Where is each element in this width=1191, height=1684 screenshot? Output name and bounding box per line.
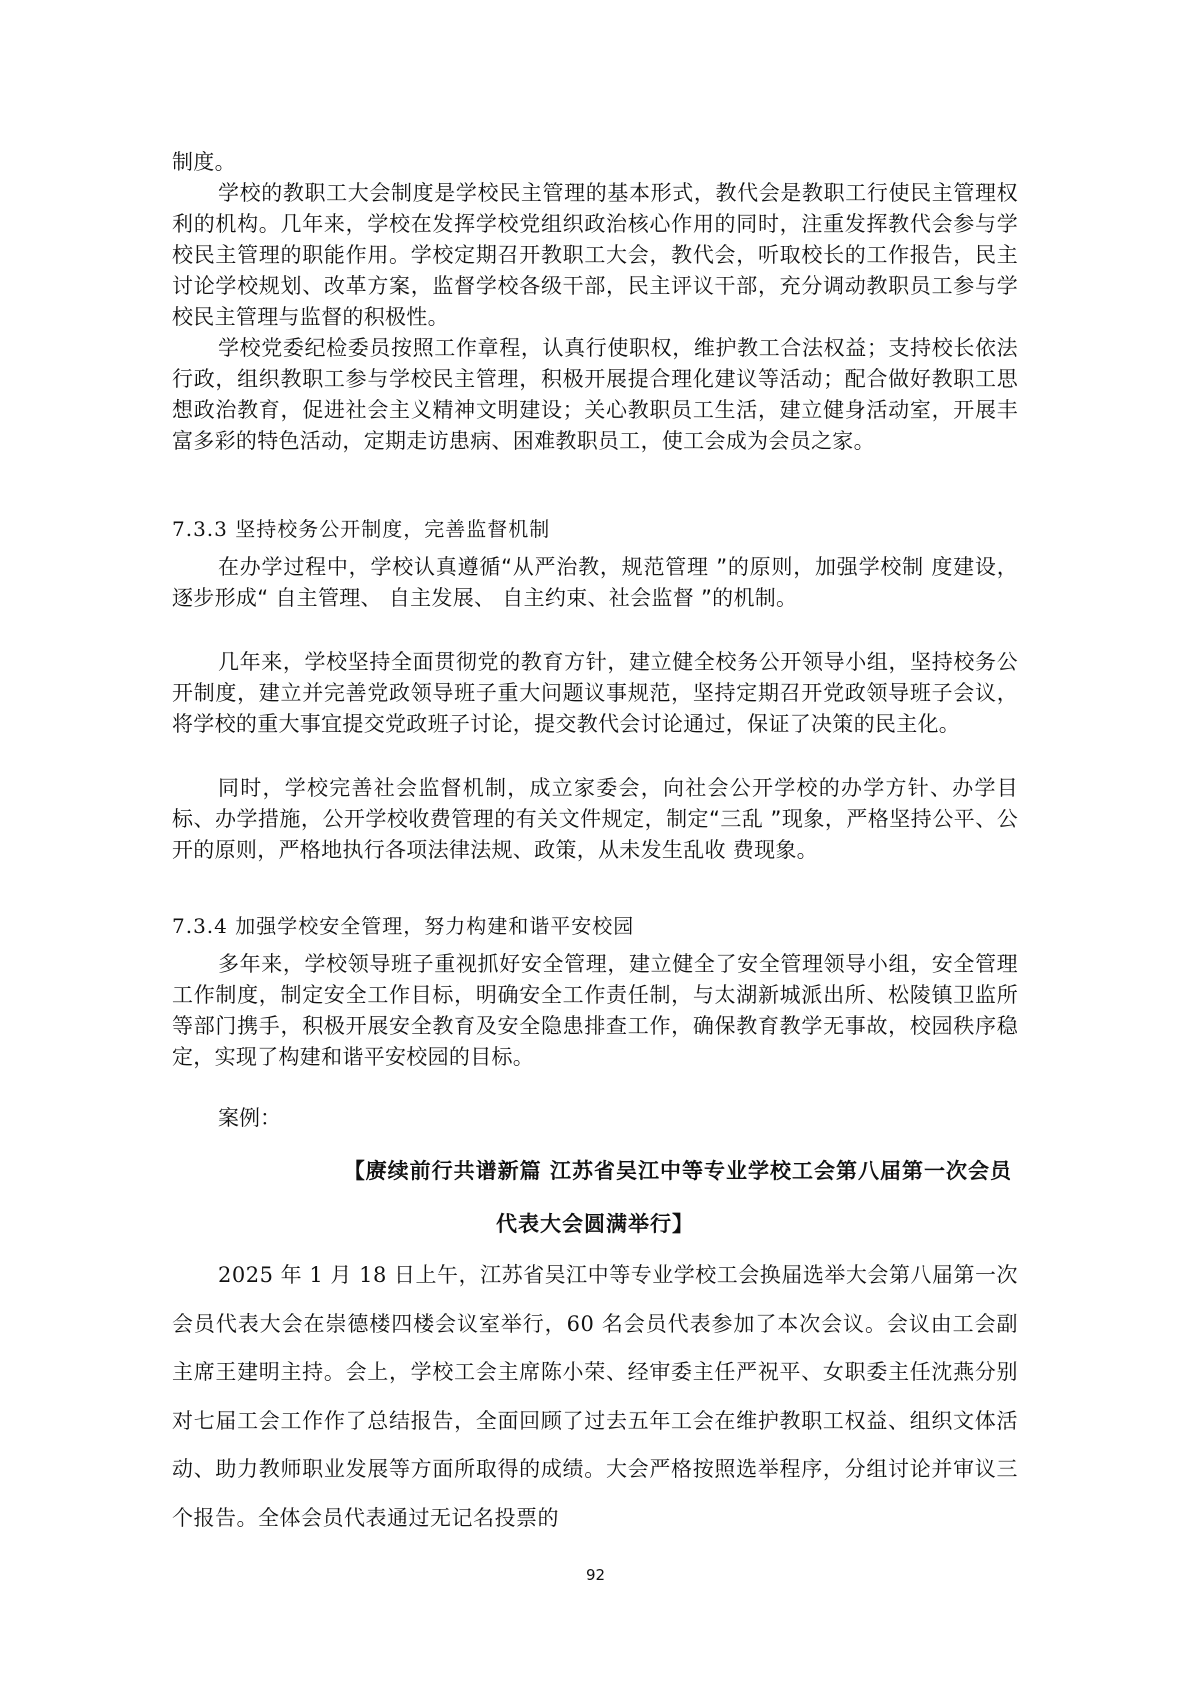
paragraph-staff-congress: 学校的教职工大会制度是学校民主管理的基本形式，教代会是教职工行使民主管理权利的机… [172, 178, 1018, 333]
document-page: 制度。 学校的教职工大会制度是学校民主管理的基本形式，教代会是教职工行使民主管理… [0, 0, 1191, 1684]
case-body-paragraph: 2025 年 1 月 18 日上午，江苏省吴江中等专业学校工会换届选举大会第八届… [172, 1251, 1018, 1542]
case-title-line-2: 代表大会圆满举行】 [172, 1209, 1018, 1239]
paragraph-school-governance: 在办学过程中，学校认真遵循“从严治教，规范管理 ”的原则，加强学校制 度建设，逐… [172, 552, 1018, 614]
page-number: 92 [0, 1566, 1191, 1584]
section-heading-7-3-3: 7.3.3 坚持校务公开制度，完善监督机制 [172, 514, 550, 544]
section-heading-7-3-4: 7.3.4 加强学校安全管理，努力构建和谐平安校园 [172, 911, 634, 941]
paragraph-discipline-committee: 学校党委纪检委员按照工作章程，认真行使职权，维护教工合法权益；支持校长依法行政，… [172, 333, 1018, 457]
case-title-line-1: 【赓续前行共谱新篇 江苏省吴江中等专业学校工会第八届第一次会员 [172, 1156, 1012, 1186]
paragraph-affairs-disclosure: 几年来，学校坚持全面贯彻党的教育方针，建立健全校务公开领导小组，坚持校务公开制度… [172, 647, 1018, 740]
case-label: 案例： [218, 1103, 281, 1133]
paragraph-continuation: 制度。 [172, 147, 1018, 178]
paragraph-safety-management: 多年来，学校领导班子重视抓好安全管理，建立健全了安全管理领导小组，安全管理工作制… [172, 949, 1018, 1073]
paragraph-social-supervision: 同时，学校完善社会监督机制，成立家委会，向社会公开学校的办学方针、办学目标、办学… [172, 773, 1018, 866]
